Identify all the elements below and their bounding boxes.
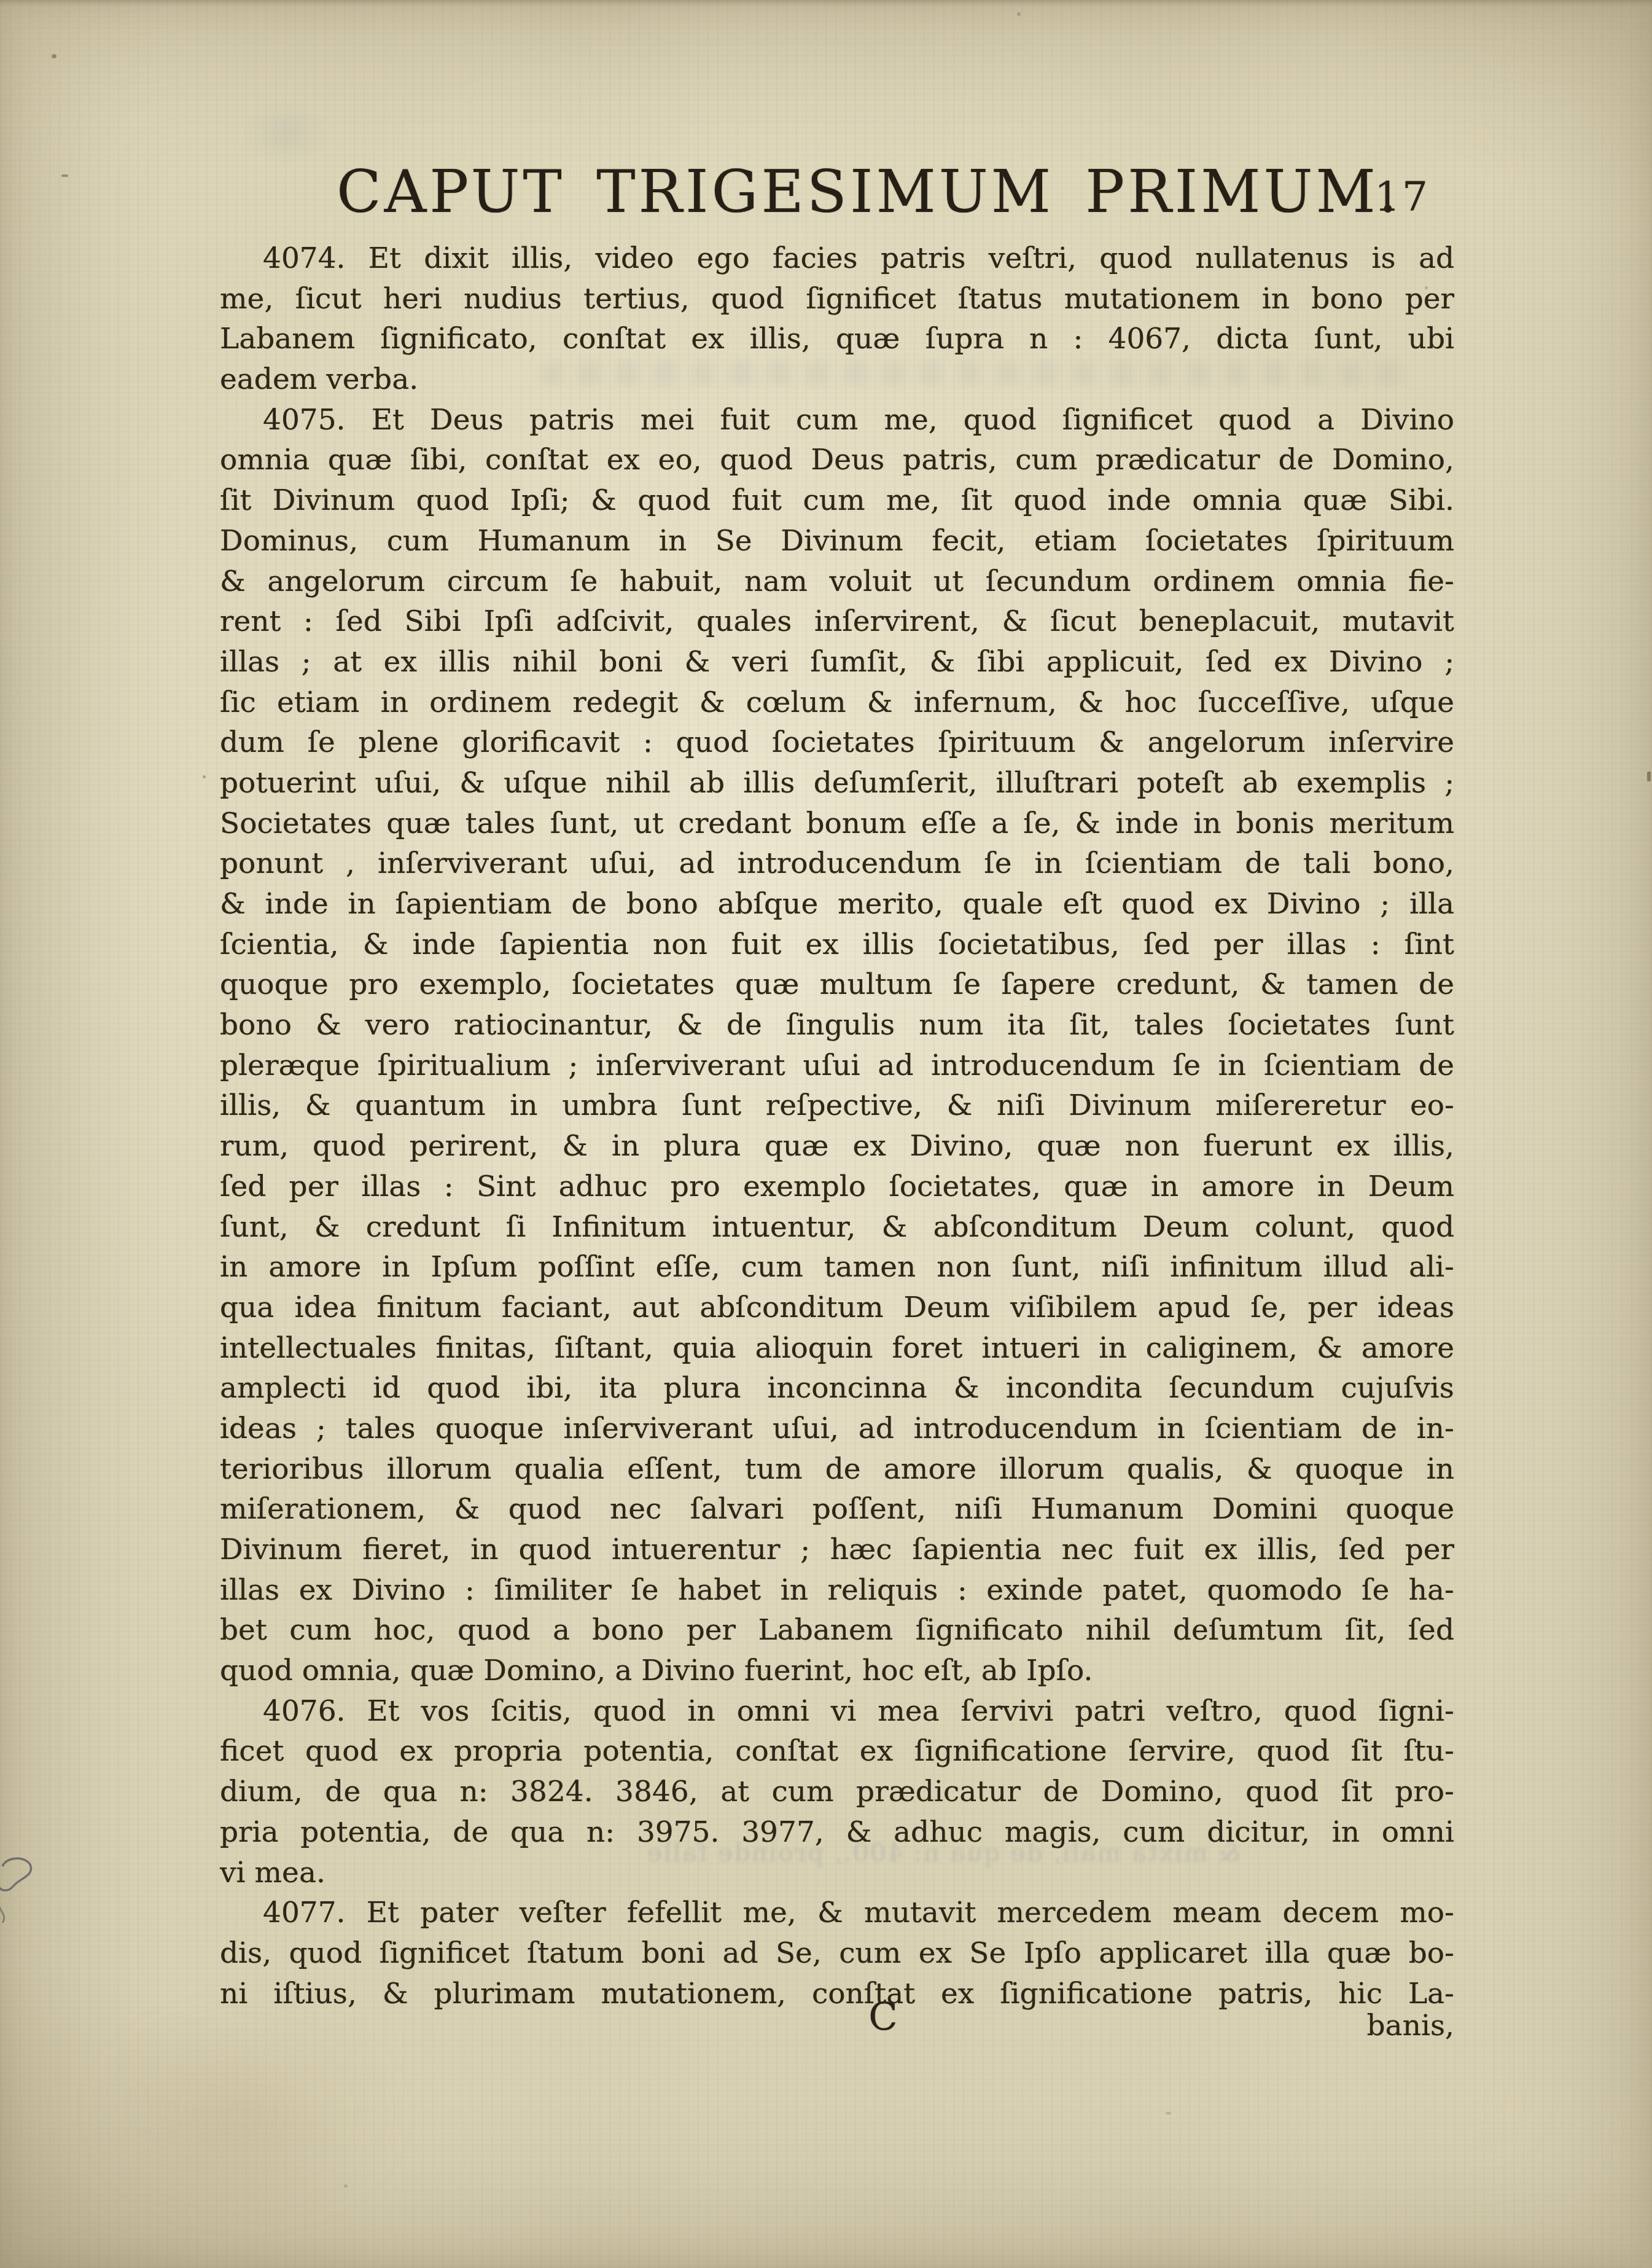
text-line: Societates quæ tales ſunt, ut credant bo…: [220, 804, 1454, 844]
text-line: illas ; at ex illis nihil boni & veri ſu…: [220, 642, 1454, 682]
text-line: ponunt , inſerviverant uſui, ad introduc…: [220, 843, 1454, 884]
text-line: Dominus, cum Humanum in Se Divinum fecit…: [220, 521, 1454, 561]
text-line: vi mea.: [220, 1853, 1454, 1893]
text-line: bono & vero ratiocinantur, & de ſingulis…: [220, 1005, 1454, 1046]
text-line: dium, de qua n: 3824. 3846, at cum prædi…: [220, 1772, 1454, 1812]
text-line: ideas ; tales quoque inſerviverant uſui,…: [220, 1409, 1454, 1449]
text-line: & angelorum circum ſe habuit, nam voluit…: [220, 561, 1454, 602]
text-line: pleræque ſpiritualium ; inſerviverant uſ…: [220, 1046, 1454, 1086]
text-line: qua idea finitum faciant, aut abſconditu…: [220, 1288, 1454, 1328]
text-line: Labanem ſignificato, conſtat ex illis, q…: [220, 319, 1454, 359]
paper-speck: [203, 775, 206, 778]
text-line: ficet quod ex propria potentia, conſtat …: [220, 1731, 1454, 1772]
text-line: rum, quod perirent, & in plura quæ ex Di…: [220, 1126, 1454, 1167]
text-line: amplecti id quod ibi, ita plura inconcin…: [220, 1368, 1454, 1409]
paper-speck: [1166, 2112, 1171, 2114]
text-line: quoque pro exemplo, ſocietates quæ multu…: [220, 964, 1454, 1005]
text-line: 4075. Et Deus patris mei fuit cum me, qu…: [220, 400, 1454, 440]
text-line: illas ex Divino : ſimiliter ſe habet in …: [220, 1570, 1454, 1611]
text-line: Divinum fieret, in quod intuerentur ; hæ…: [220, 1530, 1454, 1570]
paper-speck: [52, 54, 56, 58]
page-number: 17: [1374, 173, 1430, 221]
text-line: dis, quod ſignificet ſtatum boni ad Se, …: [220, 1933, 1454, 1974]
text-line: ſit Divinum quod Ipſi; & quod fuit cum m…: [220, 480, 1454, 521]
text-line: rent : ſed Sibi Ipſi adſcivit, quales in…: [220, 601, 1454, 642]
scan-edge-shadow: [0, 0, 1652, 6]
paper-smudge: [246, 103, 325, 165]
catchword: banis,: [1265, 2009, 1454, 2043]
text-line: me, ſicut heri nudius tertius, quod ſign…: [220, 279, 1454, 319]
paper-stain: [86, 2003, 405, 2224]
text-line: 4074. Et dixit illis, video ego facies p…: [220, 238, 1454, 279]
text-line: illis, & quantum in umbra ſunt reſpectiv…: [220, 1085, 1454, 1126]
text-line: ſed per illas : Sint adhuc pro exemplo ſ…: [220, 1167, 1454, 1207]
handwritten-pen-mark: [0, 1854, 41, 1928]
book-page: & mixta mali, de qua n: 400., proinde fa…: [0, 0, 1652, 2268]
signature-mark: C: [859, 1994, 908, 2039]
chapter-heading: CAPUT TRIGESIMUM PRIMUM.: [337, 158, 1400, 226]
text-line: dum ſe plene glorificavit : quod ſocieta…: [220, 722, 1454, 763]
paper-speck: [1647, 772, 1651, 781]
text-line: quod omnia, quæ Domino, a Divino fuerint…: [220, 1651, 1454, 1691]
text-line: ſunt, & credunt ſi Infinitum intuentur, …: [220, 1207, 1454, 1248]
text-line: in amore in Ipſum poſſint eſſe, cum tame…: [220, 1247, 1454, 1288]
text-line: intellectuales finitas, ſiſtant, quia al…: [220, 1328, 1454, 1369]
text-line: eadem verba.: [220, 359, 1454, 400]
text-line: pria potentia, de qua n: 3975. 3977, & a…: [220, 1812, 1454, 1853]
text-line: omnia quæ ſibi, conſtat ex eo, quod Deus…: [220, 440, 1454, 480]
paper-speck: [61, 174, 68, 177]
text-line: terioribus illorum qualia eſſent, tum de…: [220, 1449, 1454, 1490]
text-line: ni iſtius, & plurimam mutationem, conſta…: [220, 1974, 1454, 2014]
text-line: & inde in ſapientiam de bono abſque meri…: [220, 884, 1454, 925]
paper-speck: [1017, 12, 1021, 16]
paper-speck: [344, 2184, 348, 2188]
text-line: ſcientia, & inde ſapientia non fuit ex i…: [220, 925, 1454, 965]
text-line: potuerint uſui, & uſque nihil ab illis d…: [220, 763, 1454, 804]
text-line: 4076. Et vos ſcitis, quod in omni vi mea…: [220, 1691, 1454, 1732]
text-line: ſic etiam in ordinem redegit & cœlum & i…: [220, 682, 1454, 723]
text-line: 4077. Et pater veſter fefellit me, & mut…: [220, 1893, 1454, 1933]
text-line: miſerationem, & quod nec ſalvari poſſent…: [220, 1489, 1454, 1530]
text-line: bet cum hoc, quod a bono per Labanem ſig…: [220, 1610, 1454, 1651]
text-block: 4074. Et dixit illis, video ego facies p…: [220, 238, 1454, 2014]
